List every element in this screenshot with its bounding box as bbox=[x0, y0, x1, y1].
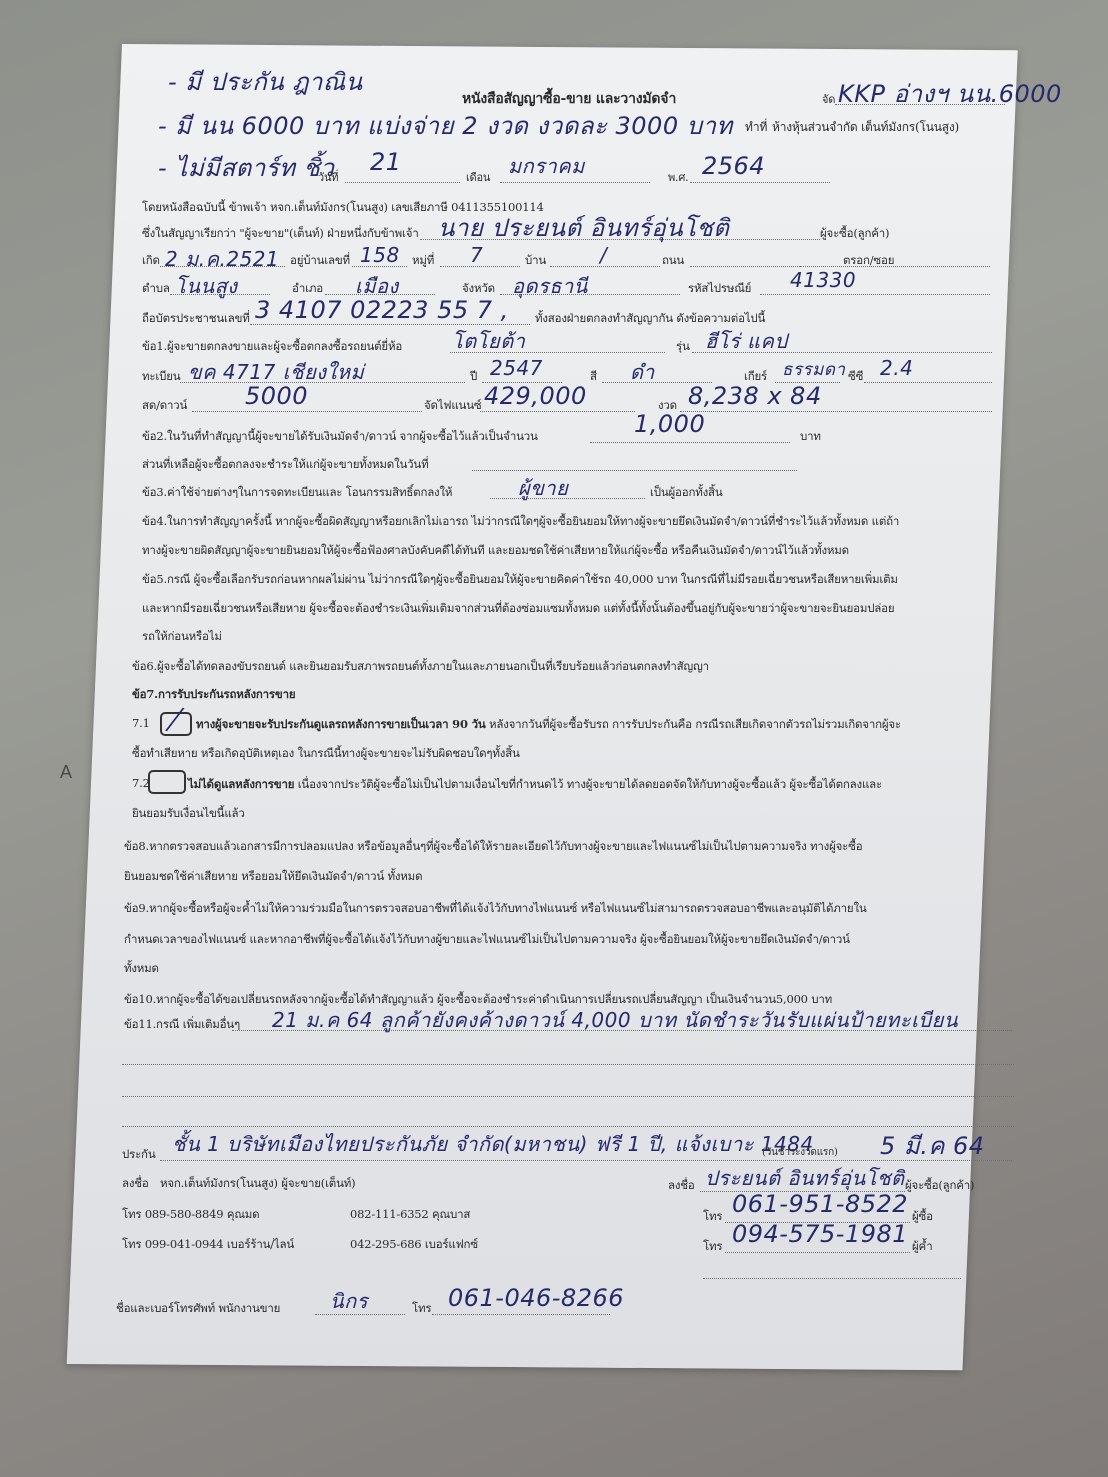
option-7-2-checkbox[interactable] bbox=[148, 770, 186, 794]
seller-sign-label: ลงชื่อ bbox=[122, 1175, 149, 1193]
id-label: ถือบัตรประชาชนเลขที่ bbox=[142, 310, 250, 328]
blank-line-2 bbox=[122, 1096, 1014, 1097]
seller-contact-3: โทร 099-041-0944 เบอร์ร้าน/ไลน์ bbox=[122, 1236, 294, 1254]
cc-label: ซีซี bbox=[848, 368, 863, 386]
buyer-sign-role: ผู้จะซื้อ(ลูกค้า) bbox=[905, 1177, 974, 1195]
soi-line bbox=[800, 266, 990, 267]
margin-note-2: - มี นน 6000 บาท แบ่งจ่าย 2 งวด งวดละ 30… bbox=[158, 106, 733, 145]
clause3-suffix: เป็นผู้ออกทั้งสิ้น bbox=[650, 484, 722, 502]
option-7-2-text2: ยินยอมรับเงื่อนไขนี้แล้ว bbox=[132, 805, 245, 823]
month-value: มกราคม bbox=[508, 150, 585, 182]
plate-label: ทะเบียน bbox=[142, 368, 180, 386]
clause9-line-1: ข้อ9.หากผู้จะซื้อหรือผู้จะค้ำไม่ให้ความร… bbox=[124, 900, 867, 918]
installment-value: 8,238 x 84 bbox=[688, 382, 822, 410]
down-value: 5000 bbox=[245, 382, 308, 410]
buyer-name: นาย ประยนต์ อินทร์อุ่นโชติ bbox=[438, 208, 729, 247]
installment-line bbox=[680, 411, 992, 412]
document-title: หนังสือสัญญาซื้อ-ขาย และวางมัดจำ bbox=[462, 88, 676, 110]
moo-label: หมู่ที่ bbox=[412, 252, 434, 270]
buyer-sign-label: ลงชื่อ bbox=[668, 1177, 695, 1195]
tambon-label: ตำบล bbox=[142, 280, 170, 298]
finance-amount: 429,000 bbox=[484, 382, 587, 410]
clause4-line-2: ทางผู้จะขายผิดสัญญาผู้จะขายยินยอมให้ผู้จ… bbox=[142, 542, 849, 560]
buyer-phone-label: โทร bbox=[703, 1208, 722, 1226]
down-label: สด/ดาวน์ bbox=[142, 397, 187, 415]
remaining-text: ส่วนที่เหลือผู้จะซื้อตกลงจะชำระให้แก่ผู้… bbox=[142, 456, 428, 474]
finance-company: KKP อ่างฯ นน.6000 bbox=[838, 74, 1062, 113]
contract-content: - มี ประกัน ฎาณิน - มี นน 6000 บาท แบ่งจ… bbox=[0, 0, 1108, 1477]
salesperson-phone: 061-046-8266 bbox=[448, 1284, 624, 1312]
deposit-unit: บาท bbox=[800, 428, 821, 446]
clause3-payer: ผู้ขาย bbox=[518, 472, 568, 504]
month-label: เดือน bbox=[466, 168, 490, 186]
margin-note-1: - มี ประกัน ฎาณิน bbox=[168, 62, 363, 101]
clause9-line-3: ทั้งหมด bbox=[124, 960, 159, 978]
guarantor-phone: 094-575-1981 bbox=[732, 1220, 908, 1248]
clause2-text: ข้อ2.ในวันที่ทำสัญญานี้ผู้จะขายได้รับเงิ… bbox=[142, 428, 538, 446]
day-line bbox=[345, 182, 460, 183]
insurance-value: ชั้น 1 บริษัทเมืองไทยประกันภัย จำกัด(มหา… bbox=[172, 1128, 814, 1160]
vehicle-year: 2547 bbox=[490, 356, 543, 380]
buyer-phone-role: ผู้ซื้อ bbox=[912, 1208, 933, 1226]
guarantor-phone-role: ผู้ค้ำ bbox=[912, 1238, 933, 1256]
cc-line bbox=[864, 382, 992, 383]
salesperson-label: ชื่อและเบอร์โทรศัพท์ พนักงานขาย bbox=[116, 1300, 280, 1318]
option-7-1-text: ทางผู้จะขายจะรับประกันดูแลรถหลังการขายเป… bbox=[196, 716, 901, 734]
clause8-line-2: ยินยอมชดใช้ค่าเสียหาย หรือยอมให้ยึดเงินม… bbox=[124, 868, 422, 886]
province-value: อุดรธานี bbox=[512, 270, 588, 302]
year-value: 2564 bbox=[702, 152, 765, 180]
clause7-heading: ข้อ7.การรับประกันรถหลังการขาย bbox=[132, 686, 295, 704]
remaining-line bbox=[472, 470, 797, 471]
clause9-line-2: กำหนดเวลาของไฟแนนซ์ และหากอาชีพที่ผู้จะซ… bbox=[124, 931, 850, 949]
salesperson-phone-label: โทร bbox=[412, 1300, 431, 1318]
tambon-value: โนนสูง bbox=[175, 270, 238, 302]
year-line bbox=[690, 182, 830, 183]
blank-line-1 bbox=[122, 1064, 1014, 1065]
option-7-1-text2: ซื้อทำเสียหาย หรือเกิดอุบัติเหตุเอง ในกร… bbox=[132, 745, 520, 763]
deposit-line bbox=[590, 442, 790, 443]
house-no-value: 158 bbox=[360, 243, 400, 267]
option-7-1-number: 7.1 bbox=[132, 716, 150, 730]
road-label: ถนน bbox=[662, 252, 684, 270]
postcode-value: 41330 bbox=[790, 268, 856, 292]
day-label: วันที่ bbox=[318, 168, 338, 186]
id-value: 3 4107 02223 55 7 , bbox=[255, 296, 509, 324]
color-label: สี bbox=[590, 368, 597, 386]
seller-contact-4: 042-295-686 เบอร์แฟกซ์ bbox=[350, 1236, 478, 1254]
village-label: บ้าน bbox=[525, 252, 546, 270]
first-payment-date: 5 มี.ค 64 bbox=[880, 1126, 985, 1165]
clause4-line-1: ข้อ4.ในการทำสัญญาครั้งนี้ หากผู้จะซื้อผิ… bbox=[142, 513, 899, 531]
moo-value: 7 bbox=[470, 243, 483, 267]
insurance-label: ประกัน bbox=[122, 1146, 155, 1164]
option-7-1-checkbox[interactable]: ╱ bbox=[160, 712, 192, 736]
extra-blank-line bbox=[703, 1278, 961, 1279]
guarantor-phone-line bbox=[725, 1252, 910, 1253]
clause1-label: ข้อ1.ผู้จะขายตกลงขายและผู้จะซื้อตกลงซื้อ… bbox=[142, 338, 402, 356]
deposit-amount: 1,000 bbox=[634, 410, 705, 438]
finance-amount-label: จัดไฟแนนซ์ bbox=[424, 397, 481, 415]
intro-line-2: ซึ่งในสัญญาเรียกว่า "ผู้จะขาย"(เต็นท์) ฝ… bbox=[142, 225, 419, 243]
postcode-label: รหัสไปรษณีย์ bbox=[688, 280, 751, 298]
finance-label: จัด bbox=[822, 90, 835, 108]
clause8-line-1: ข้อ8.หากตรวจสอบแล้วเอกสารมีการปลอมแปลง ห… bbox=[124, 838, 862, 856]
model-label: รุ่น bbox=[676, 338, 690, 356]
seller-contact-2: 082-111-6352 คุณบาส bbox=[350, 1206, 470, 1224]
year-label: พ.ศ. bbox=[668, 168, 688, 186]
clause5-line-3: รถให้ก่อนหรือไม่ bbox=[142, 628, 222, 646]
postcode-line bbox=[760, 294, 990, 295]
vehicle-model: ฮีโร่ แคป bbox=[705, 325, 788, 357]
vehicle-cc: 2.4 bbox=[880, 356, 913, 380]
clause5-line-2: และหากมีรอยเฉี่ยวชนหรือเสียหาย ผู้จะซื้อ… bbox=[142, 600, 894, 618]
guarantor-phone-label: โทร bbox=[703, 1238, 722, 1256]
clause6-text: ข้อ6.ผู้จะซื้อได้ทดลองขับรถยนต์ และยินยอ… bbox=[132, 658, 709, 676]
clause11-label: ข้อ11.กรณี เพิ่มเติมอื่นๆ bbox=[124, 1016, 240, 1034]
check-mark-icon: ╱ bbox=[166, 707, 183, 734]
place-label: ทำที่ bbox=[745, 118, 767, 137]
salesperson-name: นิกร bbox=[330, 1285, 368, 1317]
day-value: 21 bbox=[370, 148, 402, 176]
place-value: ห้างหุ้นส่วนจำกัด เต็นท์มังกร(โนนสูง) bbox=[772, 118, 959, 137]
house-no-label: อยู่บ้านเลขที่ bbox=[290, 252, 350, 270]
margin-note-3: - ไม่มีสตาร์ท ชิ้ว bbox=[158, 148, 334, 187]
seller-contact-1: โทร 089-580-8849 คุณมด bbox=[122, 1206, 259, 1224]
finance-amount-line bbox=[480, 411, 635, 412]
road-line bbox=[690, 266, 800, 267]
salesperson-phone-line bbox=[432, 1314, 610, 1315]
vehicle-color: ดำ bbox=[630, 356, 655, 388]
clause11-value: 21 ม.ค 64 ลูกค้ายังคงค้างดาวน์ 4,000 บาท… bbox=[272, 1004, 958, 1036]
first-payment-label: (วันชำระงวดแรก) bbox=[762, 1145, 838, 1160]
vehicle-gear: ธรรมดา bbox=[782, 356, 845, 383]
clause5-line-1: ข้อ5.กรณี ผู้จะซื้อเลือกรับรถก่อนหากผลไม… bbox=[142, 571, 898, 589]
seller-sign-value: หจก.เต็นท์มังกร(โนนสูง) ผู้จะขาย(เต็นท์) bbox=[160, 1175, 355, 1193]
buyer-phone: 061-951-8522 bbox=[732, 1190, 908, 1218]
month-line bbox=[500, 182, 650, 183]
option-7-2-text: ไม่ได้ดูแลหลังการขาย เนื่องจากประวัติผู้… bbox=[188, 776, 882, 794]
vehicle-brand: โตโยต้า bbox=[452, 325, 525, 357]
born-label: เกิด bbox=[142, 252, 160, 270]
year-label-vehicle: ปี bbox=[470, 368, 477, 386]
buyer-role-label: ผู้จะซื้อ(ลูกค้า) bbox=[820, 225, 889, 243]
clause3-text: ข้อ3.ค่าใช้จ่ายต่างๆในการจดทะเบียนและ โอ… bbox=[142, 484, 452, 502]
down-line bbox=[192, 411, 422, 412]
village-value: / bbox=[600, 243, 607, 267]
